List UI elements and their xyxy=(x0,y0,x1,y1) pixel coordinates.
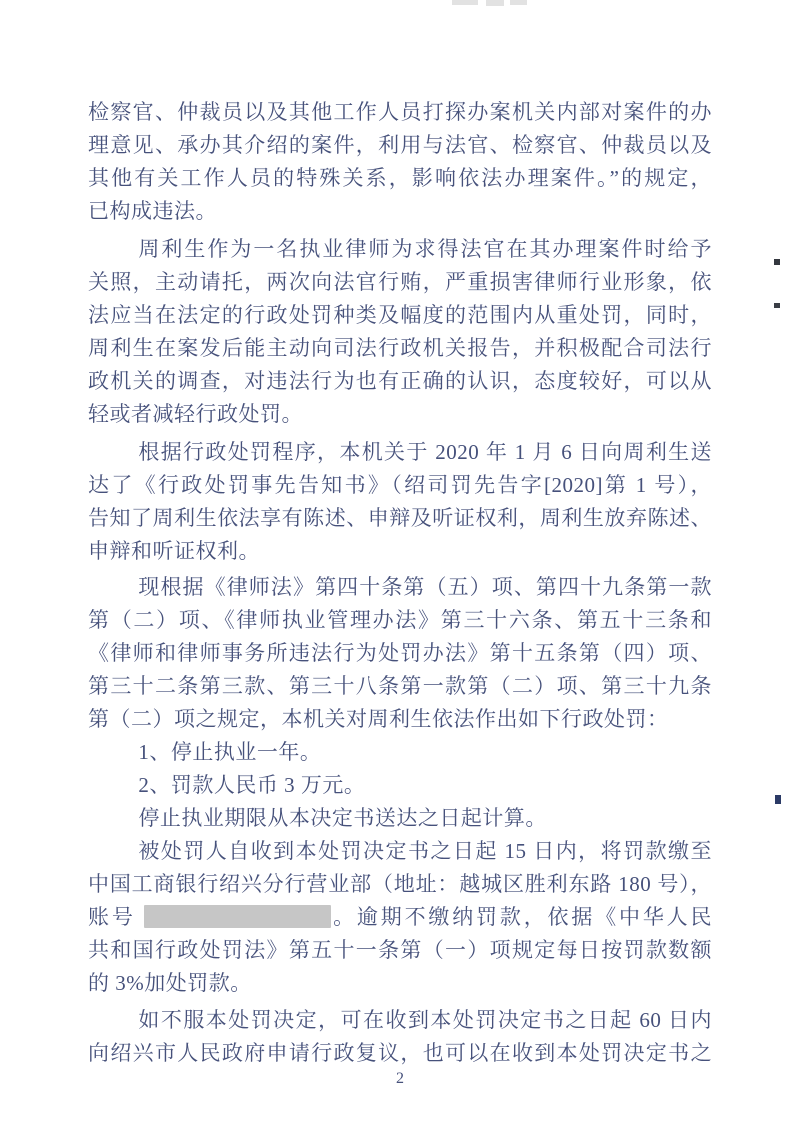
scan-artifact-dot xyxy=(774,259,780,265)
text-line: 周利生作为一名执业律师为求得法官在其办理案件时给予 xyxy=(88,233,712,266)
text-line: 申辩和听证权利。 xyxy=(88,535,712,568)
text-line: 告知了周利生依法享有陈述、申辩及听证权利，周利生放弃陈述、 xyxy=(88,502,712,535)
paragraph: 被处罚人自收到本处罚决定书之日起 15 日内，将罚款缴至中国工商银行绍兴分行营业… xyxy=(88,835,712,1000)
scan-artifact-dot xyxy=(774,303,780,308)
redacted-account-number xyxy=(144,905,331,928)
paragraph: 检察官、仲裁员以及其他工作人员打探办案机关内部对案件的办理意见、承办其介绍的案件… xyxy=(88,96,712,228)
text-line: 政机关的调查，对违法行为也有正确的认识，态度较好，可以从 xyxy=(88,365,712,398)
scanned-document-page: { "page": { "number": "2", "colors": { "… xyxy=(0,0,800,1145)
text-line: 账号 。逾期不缴纳罚款，依据《中华人民 xyxy=(88,901,712,934)
text-segment: 账号 xyxy=(88,905,144,929)
text-line: 轻或者减轻行政处罚。 xyxy=(88,398,712,431)
text-line: 其他有关工作人员的特殊关系，影响依法办理案件。”的规定， xyxy=(88,162,712,195)
document-body: 检察官、仲裁员以及其他工作人员打探办案机关内部对案件的办理意见、承办其介绍的案件… xyxy=(88,96,712,1070)
text-line: 向绍兴市人民政府申请行政复议，也可以在收到本处罚决定书之 xyxy=(88,1037,712,1070)
text-line: 中国工商银行绍兴分行营业部（地址：越城区胜利东路 180 号）， xyxy=(88,868,712,901)
text-line: 被处罚人自收到本处罚决定书之日起 15 日内，将罚款缴至 xyxy=(88,835,712,868)
text-line: 检察官、仲裁员以及其他工作人员打探办案机关内部对案件的办 xyxy=(88,96,712,129)
paragraph: 现根据《律师法》第四十条第（五）项、第四十九条第一款第（二）项、《律师执业管理办… xyxy=(88,571,712,736)
scan-artifact-smudge xyxy=(452,0,478,5)
text-line: 理意见、承办其介绍的案件，利用与法官、检察官、仲裁员以及 xyxy=(88,129,712,162)
text-line: 2、罚款人民币 3 万元。 xyxy=(88,769,712,802)
text-line: 法应当在法定的行政处罚种类及幅度的范围内从重处罚，同时， xyxy=(88,299,712,332)
text-line: 如不服本处罚决定，可在收到本处罚决定书之日起 60 日内 xyxy=(88,1004,712,1037)
paragraph: 周利生作为一名执业律师为求得法官在其办理案件时给予关照，主动请托，两次向法官行贿… xyxy=(88,233,712,431)
text-line: 的 3%加处罚款。 xyxy=(88,967,712,1000)
text-line: 第三十二条第三款、第三十八条第一款第（二）项、第三十九条 xyxy=(88,670,712,703)
text-line: 《律师和律师事务所违法行为处罚办法》第十五条第（四）项、 xyxy=(88,637,712,670)
text-line: 第（二）项之规定，本机关对周利生依法作出如下行政处罚： xyxy=(88,703,712,736)
document-sheet: 检察官、仲裁员以及其他工作人员打探办案机关内部对案件的办理意见、承办其介绍的案件… xyxy=(0,0,800,1145)
text-line: 1、停止执业一年。 xyxy=(88,736,712,769)
scan-artifact-smudge xyxy=(486,0,504,6)
paragraph: 停止执业期限从本决定书送达之日起计算。 xyxy=(88,802,712,835)
paragraph: 2、罚款人民币 3 万元。 xyxy=(88,769,712,802)
text-line: 现根据《律师法》第四十条第（五）项、第四十九条第一款 xyxy=(88,571,712,604)
paragraph: 如不服本处罚决定，可在收到本处罚决定书之日起 60 日内向绍兴市人民政府申请行政… xyxy=(88,1004,712,1070)
paragraph: 1、停止执业一年。 xyxy=(88,736,712,769)
text-line: 停止执业期限从本决定书送达之日起计算。 xyxy=(88,802,712,835)
text-line: 周利生在案发后能主动向司法行政机关报告，并积极配合司法行 xyxy=(88,332,712,365)
scan-artifact-dot xyxy=(775,795,781,804)
text-line: 关照，主动请托，两次向法官行贿，严重损害律师行业形象，依 xyxy=(88,266,712,299)
text-line: 达了《行政处罚事先告知书》（绍司罚先告字[2020]第 1 号）， xyxy=(88,469,712,502)
text-segment: 。逾期不缴纳罚款，依据《中华人民 xyxy=(331,905,712,929)
text-line: 共和国行政处罚法》第五十一条第（一）项规定每日按罚款数额 xyxy=(88,934,712,967)
text-line: 根据行政处罚程序，本机关于 2020 年 1 月 6 日向周利生送 xyxy=(88,436,712,469)
paragraph: 根据行政处罚程序，本机关于 2020 年 1 月 6 日向周利生送达了《行政处罚… xyxy=(88,436,712,568)
scan-artifact-smudge xyxy=(510,0,527,5)
page-number: 2 xyxy=(0,1070,800,1088)
text-line: 已构成违法。 xyxy=(88,195,712,228)
text-line: 第（二）项、《律师执业管理办法》第三十六条、第五十三条和 xyxy=(88,604,712,637)
